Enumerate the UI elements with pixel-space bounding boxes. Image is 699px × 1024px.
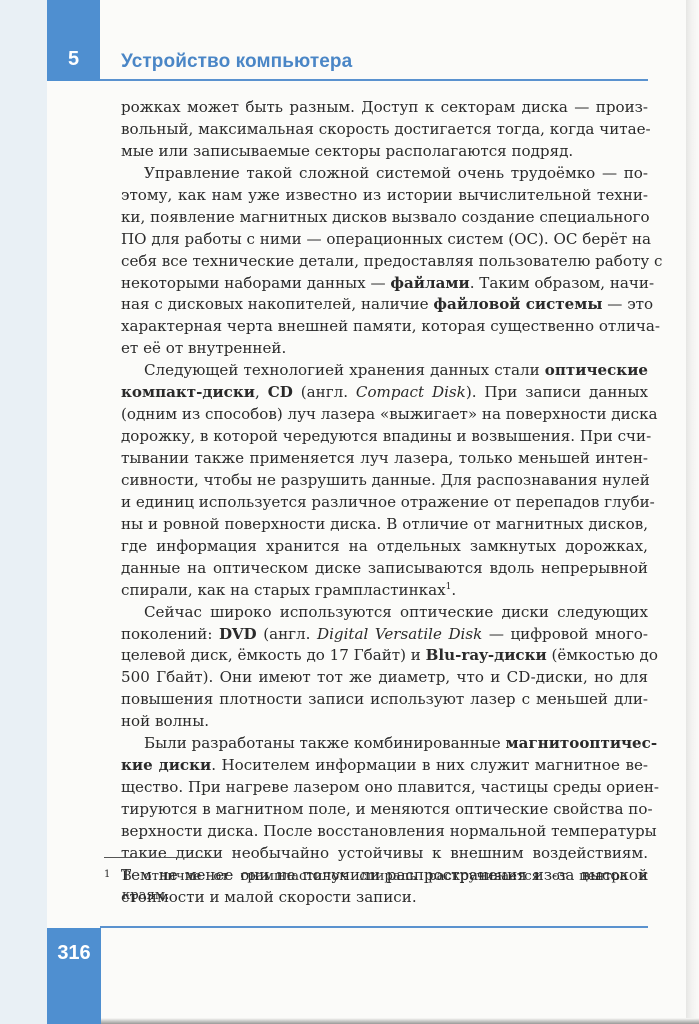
term-files: файлами xyxy=(390,274,469,292)
chapter-number: 5 xyxy=(47,48,100,71)
term-magneto-optical: магнитооптичес- xyxy=(506,734,658,752)
text-line: этому, как нам уже известно из истории в… xyxy=(121,185,648,207)
footnote-line: В отличие от грампластинок спираль раскр… xyxy=(122,867,648,886)
text-line: 500 Гбайт). Они имеют тот же диаметр, чт… xyxy=(121,667,648,689)
text-line: тывании также применяется луч лазера, то… xyxy=(121,448,648,470)
text-line: тируются в магнитном поле, и меняются оп… xyxy=(121,799,648,821)
text-line: сивности, чтобы не разрушить данные. Для… xyxy=(121,470,648,492)
text-line: себя все технические детали, предоставля… xyxy=(121,251,648,273)
page-right-edge xyxy=(686,0,699,1024)
footnote-marker: 1 xyxy=(104,865,110,884)
page-bottom-shadow xyxy=(101,1018,699,1024)
text-line: вольный, максимальная скорость достигает… xyxy=(121,119,648,141)
header-divider xyxy=(100,79,648,81)
text-line: некоторыми наборами данных — файлами. Та… xyxy=(121,273,648,295)
footnote: 1 В отличие от грампластинок спираль рас… xyxy=(104,867,648,905)
paragraph: рожках может быть разным. Доступ к секто… xyxy=(121,97,648,163)
text-line: поколений: DVD (англ. Digital Versatile … xyxy=(121,624,648,646)
text-line: дорожку, в которой чередуются впадины и … xyxy=(121,426,648,448)
text-line: Были разработаны также комбинированные м… xyxy=(121,733,648,755)
text-line: характерная черта внешней памяти, котора… xyxy=(121,316,648,338)
term-dvd: DVD xyxy=(219,625,257,643)
footnote-line: краям. xyxy=(122,886,648,905)
text-line: (одним из способов) луч лазера «выжигает… xyxy=(121,404,648,426)
text-line: рожках может быть разным. Доступ к секто… xyxy=(121,97,648,119)
text-line: кие диски. Носителем информации в них сл… xyxy=(121,755,648,777)
text-line: ной волны. xyxy=(121,711,648,733)
text-line: ки, появление магнитных дисков вызвало с… xyxy=(121,207,648,229)
text-line: спирали, как на старых грампластинках1. xyxy=(121,580,648,602)
paragraph: Управление такой сложной системой очень … xyxy=(121,163,648,360)
term-magneto-optical-cont: кие диски xyxy=(121,756,211,774)
term-dvd-en: Digital Versatile Disk xyxy=(317,625,482,643)
text-line: ПО для работы с ними — операционных сист… xyxy=(121,229,648,251)
term-optical: оптические xyxy=(545,361,648,379)
text-line: мые или записываемые секторы располагают… xyxy=(121,141,648,163)
text-line: верхности диска. После восстановления но… xyxy=(121,821,648,843)
text-line: целевой диск, ёмкость до 17 Гбайт) и Blu… xyxy=(121,645,648,667)
term-compact-disks: компакт-диски xyxy=(121,383,255,401)
paragraph: Следующей технологией хранения данных ст… xyxy=(121,360,648,601)
term-cd: CD xyxy=(268,383,293,401)
text-line: щество. При нагреве лазером оно плавится… xyxy=(121,777,648,799)
text-line: повышения плотности записи используют ла… xyxy=(121,689,648,711)
text-line: Следующей технологией хранения данных ст… xyxy=(121,360,648,382)
text-line: ны и ровной поверхности диска. В отличие… xyxy=(121,514,648,536)
text-line: компакт-диски, CD (англ. Compact Disk). … xyxy=(121,382,648,404)
text-line: и единиц используется различное отражени… xyxy=(121,492,648,514)
chapter-title: Устройство компьютера xyxy=(121,51,352,73)
text-line: Сейчас широко используются оптические ди… xyxy=(121,602,648,624)
footnote-divider xyxy=(104,857,222,858)
chapter-tab: 5 xyxy=(47,0,100,81)
footer-divider xyxy=(100,926,648,928)
term-file-system: файловой системы xyxy=(433,295,602,313)
text-line: ет её от внутренней. xyxy=(121,338,648,360)
text-line: ная с дисковых накопителей, наличие файл… xyxy=(121,294,648,316)
page-left-margin xyxy=(0,0,47,1024)
text-line: такие диски необычайно устойчивы к внешн… xyxy=(121,843,648,865)
page-number: 316 xyxy=(47,942,101,965)
paragraph: Сейчас широко используются оптические ди… xyxy=(121,602,648,734)
text-line: Управление такой сложной системой очень … xyxy=(121,163,648,185)
body-text: рожках может быть разным. Доступ к секто… xyxy=(121,97,648,909)
term-blu-ray: Blu-ray-диски xyxy=(426,646,547,664)
page-number-tab: 316 xyxy=(47,928,101,1024)
text-line: где информация хранится на отдельных зам… xyxy=(121,536,648,558)
term-compact-disk-en: Compact Disk xyxy=(356,383,466,401)
text-line: данные на оптическом диске записываются … xyxy=(121,558,648,580)
